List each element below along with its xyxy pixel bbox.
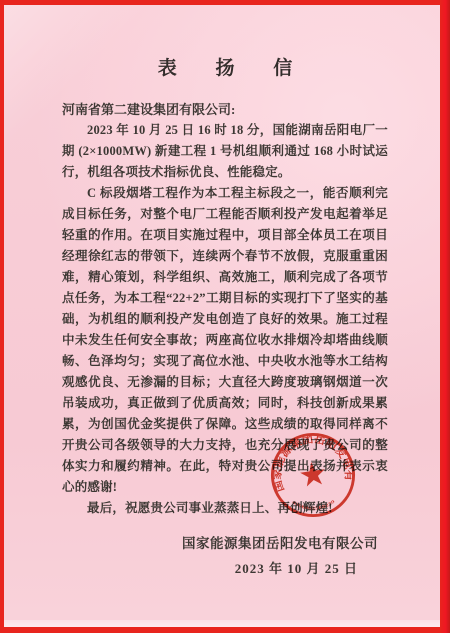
signature-date: 2023 年 10 月 25 日 [62,558,388,577]
seal-company-text: 国家能源集团岳阳发电有限公司 [247,409,357,496]
scanned-commendation-letter: { "document": { "title": "表 扬 信", "salut… [0,0,450,633]
signature-company: 国家能源集团岳阳发电有限公司 [62,532,388,552]
salutation: 河南省第二建设集团有限公司: [62,99,388,120]
letter-paper: 表 扬 信 河南省第二建设集团有限公司: 2023 年 10 月 25 日 16… [4,5,440,620]
scan-border-right [440,0,450,633]
paragraph-1: 2023 年 10 月 25 日 16 时 18 分，国能湖南岳阳电厂一期 (2… [62,120,388,183]
paper-bottom-edge [4,620,440,627]
letter-title: 表 扬 信 [62,53,388,80]
seal-star-icon [299,460,327,487]
company-seal-stamp: 国家能源集团岳阳发电有限公司 4306002500239 [247,409,378,540]
